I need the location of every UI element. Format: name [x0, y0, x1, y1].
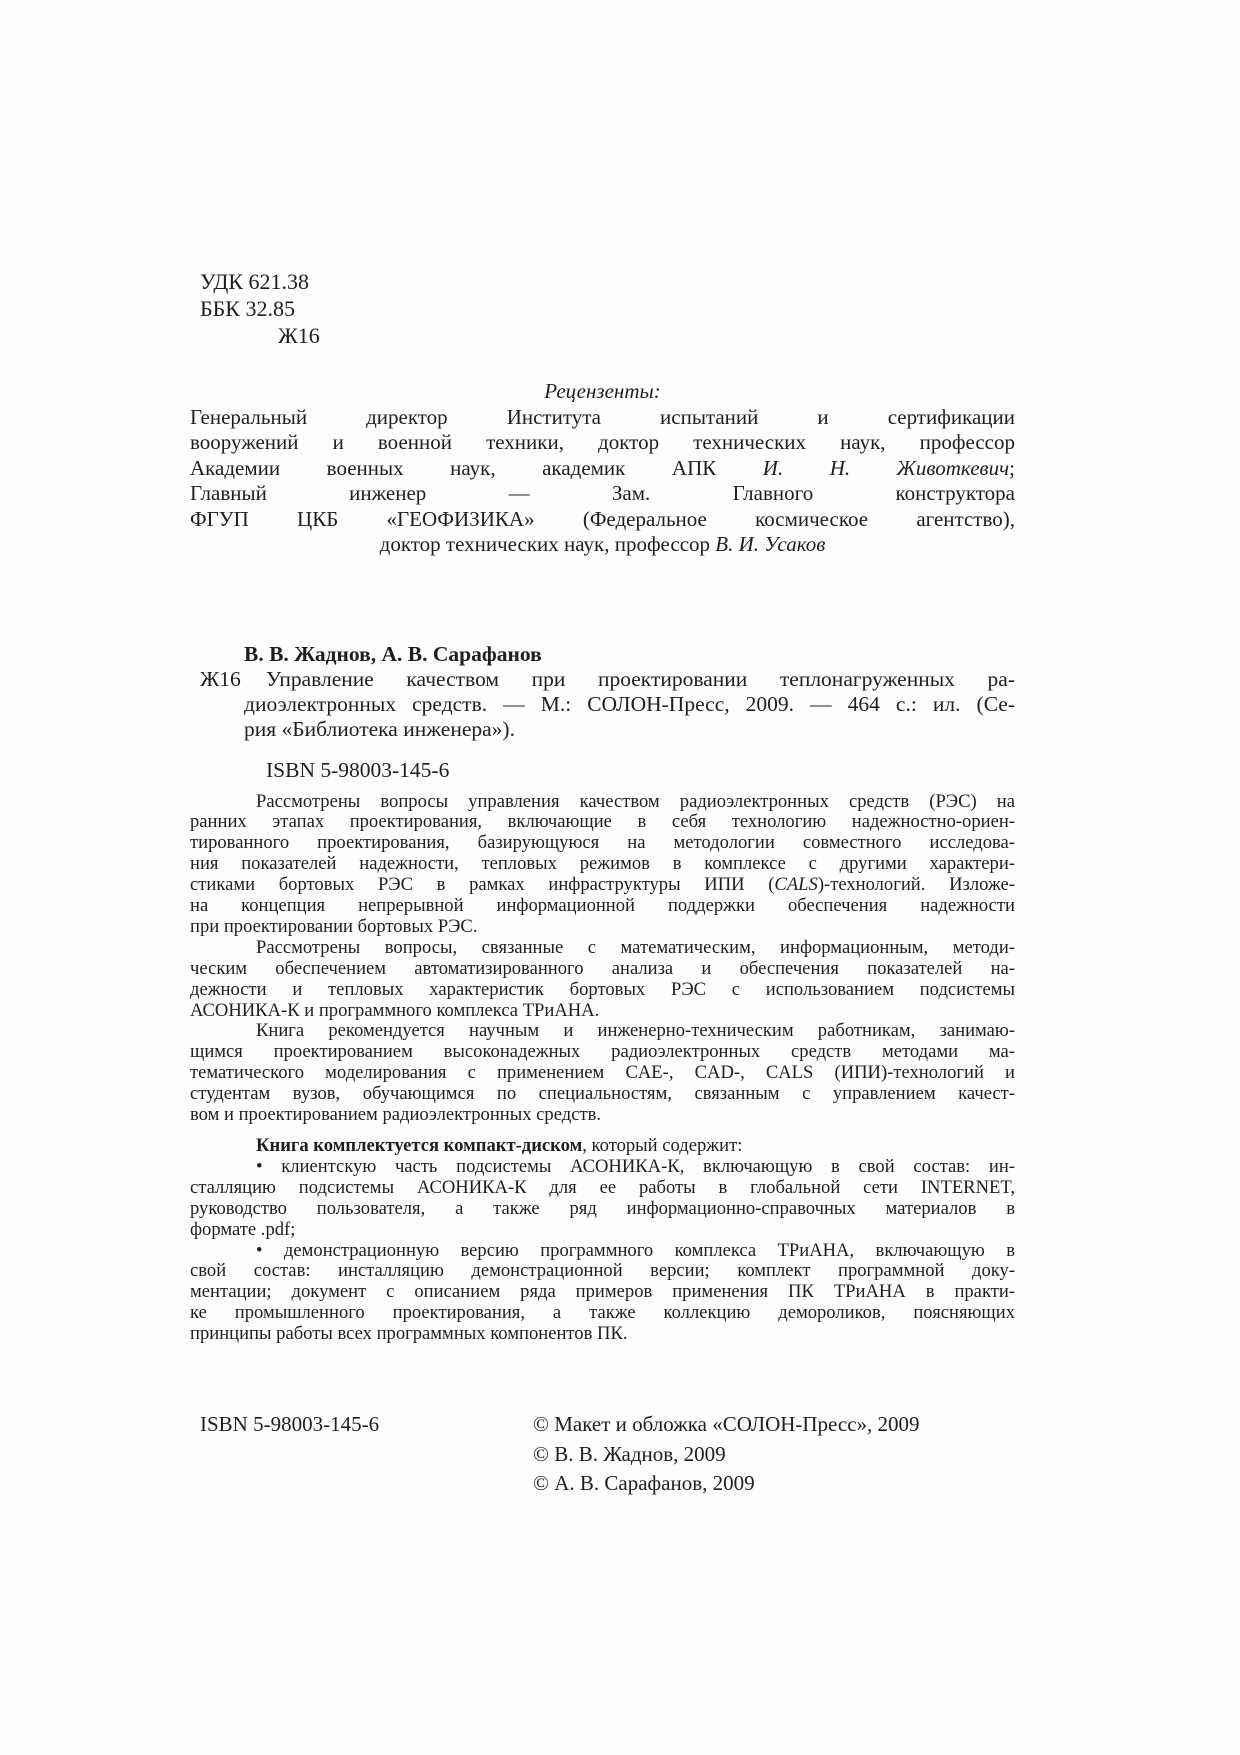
reviewers-heading: Рецензенты: [190, 379, 1015, 405]
text-line: на концепция непрерывной информационной … [190, 896, 1015, 917]
text-segment: стиками бортовых РЭС в рамках инфраструк… [190, 874, 774, 895]
text-line: дежности и тепловых характеристик бортов… [190, 980, 1015, 1001]
text-line: тематического моделирования с применение… [190, 1063, 1015, 1084]
catalog-card-description: Управление качеством при проектировании … [244, 667, 1015, 742]
text-line: АСОНИКА-К и программного комплекса ТРиАН… [190, 1001, 1015, 1022]
text-line: ния показателей надежности, тепловых реж… [190, 854, 1015, 875]
text-line: © Макет и обложка «СОЛОН-Пресс», 2009 [533, 1410, 920, 1440]
text-line: диоэлектронных средств. — М.: СОЛОН-Прес… [244, 692, 1015, 717]
catalog-card-body: Ж16 Управление качеством при проектирова… [200, 667, 1015, 742]
catalog-card-code: Ж16 [200, 667, 241, 692]
text-line: Управление качеством при проектировании … [244, 667, 1015, 692]
text-line: вооружений и военной техники, доктор тех… [190, 430, 1015, 456]
bbk-code: ББК 32.85 [200, 295, 1015, 322]
text-line: сталляцию подсистемы АСОНИКА-К для ее ра… [190, 1178, 1015, 1199]
text-line: ФГУП ЦКБ «ГЕОФИЗИКА» (Федеральное космич… [190, 507, 1015, 533]
text-line: свой состав: инсталляцию демонстрационно… [190, 1261, 1015, 1282]
text-line: ке промышленного проектирования, а также… [190, 1303, 1015, 1324]
udk-code: УДК 621.38 [200, 268, 1015, 295]
authors-line: В. В. Жаднов, А. В. Сарафанов [200, 642, 1015, 667]
annotation-block: Рассмотрены вопросы управления качеством… [190, 792, 1015, 1346]
text-segment: доктор технических наук, профессор [380, 532, 716, 556]
text-line: • демонстрационную версию программного к… [190, 1241, 1015, 1262]
italic-segment: И. Н. Животкевич [763, 456, 1009, 480]
footer-isbn: ISBN 5-98003-145-6 [200, 1410, 379, 1440]
text-line: студентам вузов, обучающимся по специаль… [190, 1084, 1015, 1105]
text-line: • клиентскую часть подсистемы АСОНИКА-К,… [190, 1157, 1015, 1178]
text-line: ранних этапах проектирования, включающие… [190, 812, 1015, 833]
text-line: © А. В. Сарафанов, 2009 [533, 1469, 920, 1499]
reviewers-lines: Генеральный директор Института испытаний… [190, 405, 1015, 558]
text-line: рия «Библиотека инженера»). [244, 717, 1015, 742]
text-line: ческим обеспечением автоматизированного … [190, 959, 1015, 980]
cd-contents-bullet-2: • демонстрационную версию программного к… [190, 1241, 1015, 1346]
page-content: УДК 621.38 ББК 32.85 Ж16 Рецензенты: Ген… [190, 268, 1015, 1345]
text-line: стиками бортовых РЭС в рамках инфраструк… [190, 875, 1015, 896]
text-line: Рассмотрены вопросы, связанные с математ… [190, 938, 1015, 959]
text-line: руководство пользователя, а также ряд ин… [190, 1199, 1015, 1220]
author-sign-code: Ж16 [200, 322, 1015, 349]
text-line: © В. В. Жаднов, 2009 [533, 1440, 920, 1470]
annotation-paragraph-3: Книга рекомендуется научным и инженерно-… [190, 1021, 1015, 1126]
isbn-line: ISBN 5-98003-145-6 [200, 758, 1015, 783]
classification-block: УДК 621.38 ББК 32.85 Ж16 [190, 268, 1015, 349]
text-line: ментации; документ с описанием ряда прим… [190, 1282, 1015, 1303]
copyright-block: © Макет и обложка «СОЛОН-Пресс», 2009© В… [533, 1410, 920, 1499]
text-line: тированного проектирования, базирующуюся… [190, 833, 1015, 854]
italic-segment: CALS [774, 874, 817, 895]
text-line: при проектировании бортовых РЭС. [190, 917, 1015, 938]
catalog-card: В. В. Жаднов, А. В. Сарафанов Ж16 Управл… [190, 642, 1015, 783]
cd-contents-bullet-1: • клиентскую часть подсистемы АСОНИКА-К,… [190, 1157, 1015, 1241]
text-line: Книга комплектуется компакт-диском, кото… [190, 1136, 1015, 1157]
cd-contents-lead: Книга комплектуется компакт-диском, кото… [190, 1136, 1015, 1157]
italic-segment: В. И. Усаков [715, 532, 825, 556]
text-segment: ; [1009, 456, 1015, 480]
text-line: доктор технических наук, профессор В. И.… [190, 532, 1015, 558]
book-imprint-page: УДК 621.38 ББК 32.85 Ж16 Рецензенты: Ген… [0, 0, 1240, 1755]
text-line: принципы работы всех программных компоне… [190, 1324, 1015, 1345]
text-line: Генеральный директор Института испытаний… [190, 405, 1015, 431]
text-line: щимся проектированием высоконадежных рад… [190, 1042, 1015, 1063]
bold-segment: Книга комплектуется компакт-диском [256, 1135, 582, 1156]
text-segment: Академии военных наук, академик АПК [190, 456, 763, 480]
text-line: Книга рекомендуется научным и инженерно-… [190, 1021, 1015, 1042]
annotation-paragraph-2: Рассмотрены вопросы, связанные с математ… [190, 938, 1015, 1022]
annotation-paragraph-1: Рассмотрены вопросы управления качеством… [190, 792, 1015, 938]
reviewers-block: Рецензенты: Генеральный директор Институ… [190, 379, 1015, 558]
text-line: Главный инженер — Зам. Главного конструк… [190, 481, 1015, 507]
text-line: Рассмотрены вопросы управления качеством… [190, 792, 1015, 813]
text-line: Академии военных наук, академик АПК И. Н… [190, 456, 1015, 482]
text-segment: , который содержит: [582, 1135, 742, 1156]
text-segment: )-технологий. Изложе- [818, 874, 1015, 895]
text-line: вом и проектированием радиоэлектронных с… [190, 1105, 1015, 1126]
text-line: формате .pdf; [190, 1220, 1015, 1241]
